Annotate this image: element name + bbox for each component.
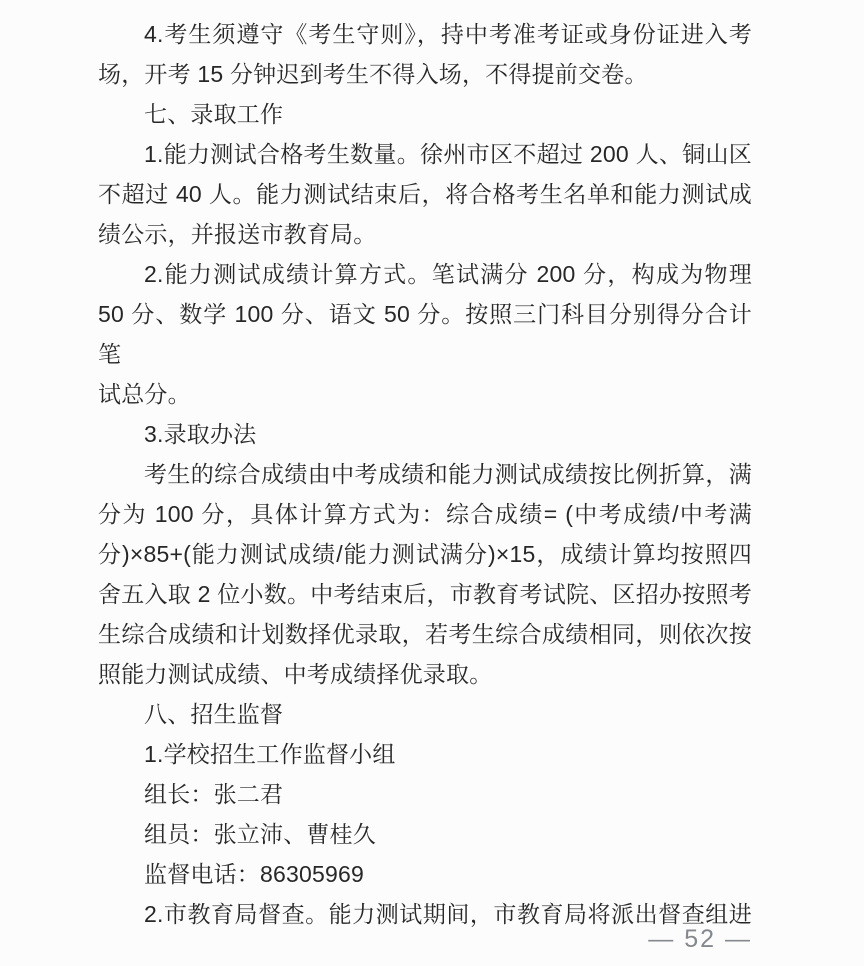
text-line: 1.学校招生工作监督小组 (98, 734, 752, 774)
text-line: 考生的综合成绩由中考成绩和能力测试成绩按比例折算，满 (98, 454, 752, 494)
section-heading: 八、招生监督 (98, 694, 752, 734)
text-line: 八、招生监督 (98, 694, 752, 734)
paragraph: 3.录取办法 (98, 414, 752, 454)
text-line: 1.能力测试合格考生数量。徐州市区不超过 200 人、铜山区 (98, 134, 752, 174)
paragraph: 1.能力测试合格考生数量。徐州市区不超过 200 人、铜山区 不超过 40 人。… (98, 134, 752, 254)
paragraph: 组员：张立沛、曹桂久 (98, 814, 752, 854)
section-heading: 七、录取工作 (98, 94, 752, 134)
paragraph: 2.能力测试成绩计算方式。笔试满分 200 分，构成为物理 50 分、数学 10… (98, 254, 752, 414)
paragraph: 4.考生须遵守《考生守则》，持中考准考证或身份证进入考 场，开考 15 分钟迟到… (98, 14, 752, 94)
text-line: 绩公示，并报送市教育局。 (98, 214, 752, 254)
text-line: 分为 100 分，具体计算方式为：综合成绩= (中考成绩/中考满 (98, 494, 752, 534)
text-line: 七、录取工作 (98, 94, 752, 134)
paragraph: 1.学校招生工作监督小组 (98, 734, 752, 774)
text-line: 舍五入取 2 位小数。中考结束后，市教育考试院、区招办按照考 (98, 574, 752, 614)
text-line: 组员：张立沛、曹桂久 (98, 814, 752, 854)
document-page: 4.考生须遵守《考生守则》，持中考准考证或身份证进入考 场，开考 15 分钟迟到… (0, 0, 864, 934)
text-line: 2.能力测试成绩计算方式。笔试满分 200 分，构成为物理 (98, 254, 752, 294)
text-line: 3.录取办法 (98, 414, 752, 454)
text-line: 生综合成绩和计划数择优录取，若考生综合成绩相同，则依次按 (98, 614, 752, 654)
paragraph: 考生的综合成绩由中考成绩和能力测试成绩按比例折算，满 分为 100 分，具体计算… (98, 454, 752, 694)
text-line: 照能力测试成绩、中考成绩择优录取。 (98, 654, 752, 694)
text-line: 分)×85+(能力测试成绩/能力测试满分)×15，成绩计算均按照四 (98, 534, 752, 574)
text-line: 50 分、数学 100 分、语文 50 分。按照三门科目分别得分合计笔 (98, 294, 752, 374)
text-line: 监督电话：86305969 (98, 854, 752, 894)
text-line: 场，开考 15 分钟迟到考生不得入场，不得提前交卷。 (98, 54, 752, 94)
text-line: 组长：张二君 (98, 774, 752, 814)
text-line: 4.考生须遵守《考生守则》，持中考准考证或身份证进入考 (98, 14, 752, 54)
text-line: 不超过 40 人。能力测试结束后，将合格考生名单和能力测试成 (98, 174, 752, 214)
paragraph: 组长：张二君 (98, 774, 752, 814)
paragraph: 监督电话：86305969 (98, 854, 752, 894)
page-number: — 52 — (648, 927, 752, 952)
text-line: 试总分。 (98, 374, 752, 414)
